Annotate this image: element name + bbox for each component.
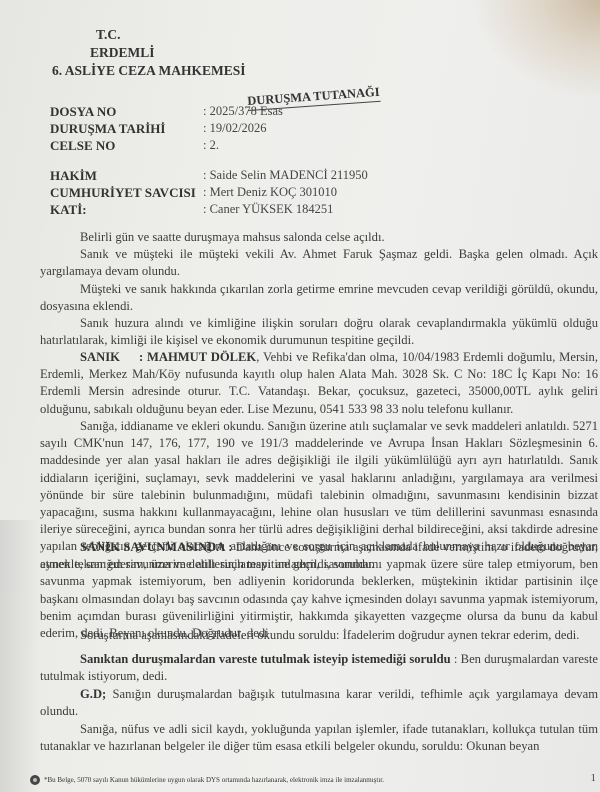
decision-label: G.D; bbox=[80, 687, 106, 701]
case-info-value: : 2. bbox=[203, 138, 219, 153]
official-value: : Mert Deniz KOÇ 301010 bbox=[203, 185, 337, 200]
paragraph-identity: Sanık huzura alındı ve kimliğine ilişkin… bbox=[40, 315, 598, 349]
paragraph-session-opened: Belirli gün ve saatte duruşmaya mahsus s… bbox=[40, 229, 598, 246]
official-value: : Saide Selin MADENCİ 211950 bbox=[203, 168, 368, 183]
defendant-name: : MAHMUT DÖLEK bbox=[139, 350, 256, 364]
court-document-page: T.C. ERDEMLİ 6. ASLİYE CEZA MAHKEMESİ DU… bbox=[0, 0, 600, 792]
defense-label: SANIK SAVUNMASINDA : bbox=[80, 540, 232, 554]
defense-text: Daha önce soruşturma aşamasında ifade ve… bbox=[40, 540, 598, 640]
case-info-label: DURUŞMA TARİHİ bbox=[50, 121, 200, 137]
defendant-details: , Vehbi ve Refika'dan olma, 10/04/1983 E… bbox=[40, 350, 598, 416]
official-label: CUMHURİYET SAVCISI bbox=[50, 185, 200, 201]
footer-note: *Bu Belge, 5070 sayılı Kanun hükümlerine… bbox=[30, 775, 384, 785]
defendant-label: SANIK bbox=[80, 350, 120, 364]
paragraph-prior-statements: Soruşturma aşamasındaki ifadeleri okundu… bbox=[40, 627, 598, 644]
official-label: HAKİM bbox=[50, 168, 200, 184]
case-info-label: DOSYA NO bbox=[50, 104, 200, 120]
page-number: 1 bbox=[591, 772, 597, 784]
case-info-label: CELSE NO bbox=[50, 138, 200, 154]
case-info-value: : 2025/378 Esas bbox=[203, 104, 283, 119]
header-country: T.C. bbox=[96, 27, 121, 43]
paragraph-warrant: Müşteki ve sanık hakkında çıkarılan zorl… bbox=[40, 281, 598, 315]
paragraph-records-read: Sanığa, nüfus ve adli sicil kaydı, yoklu… bbox=[40, 721, 598, 755]
seal-icon bbox=[30, 775, 40, 785]
paragraph-exemption-request: Sanıktan duruşmalardan vareste tutulmak … bbox=[40, 651, 598, 685]
case-info-value: : 19/02/2026 bbox=[203, 121, 267, 136]
official-value: : Caner YÜKSEK 184251 bbox=[203, 202, 333, 217]
exemption-question: Sanıktan duruşmalardan vareste tutulmak … bbox=[80, 652, 451, 666]
header-court: 6. ASLİYE CEZA MAHKEMESİ bbox=[52, 63, 246, 79]
header-city: ERDEMLİ bbox=[90, 45, 155, 61]
official-label: KATİ: bbox=[50, 202, 200, 218]
paragraph-decision: G.D; Sanığın duruşmalardan bağışık tutul… bbox=[40, 686, 598, 720]
paragraph-defendant-info: SANIK : MAHMUT DÖLEK, Vehbi ve Refika'da… bbox=[40, 349, 598, 418]
paragraph-attendance: Sanık ve müşteki ile müşteki vekili Av. … bbox=[40, 246, 598, 280]
